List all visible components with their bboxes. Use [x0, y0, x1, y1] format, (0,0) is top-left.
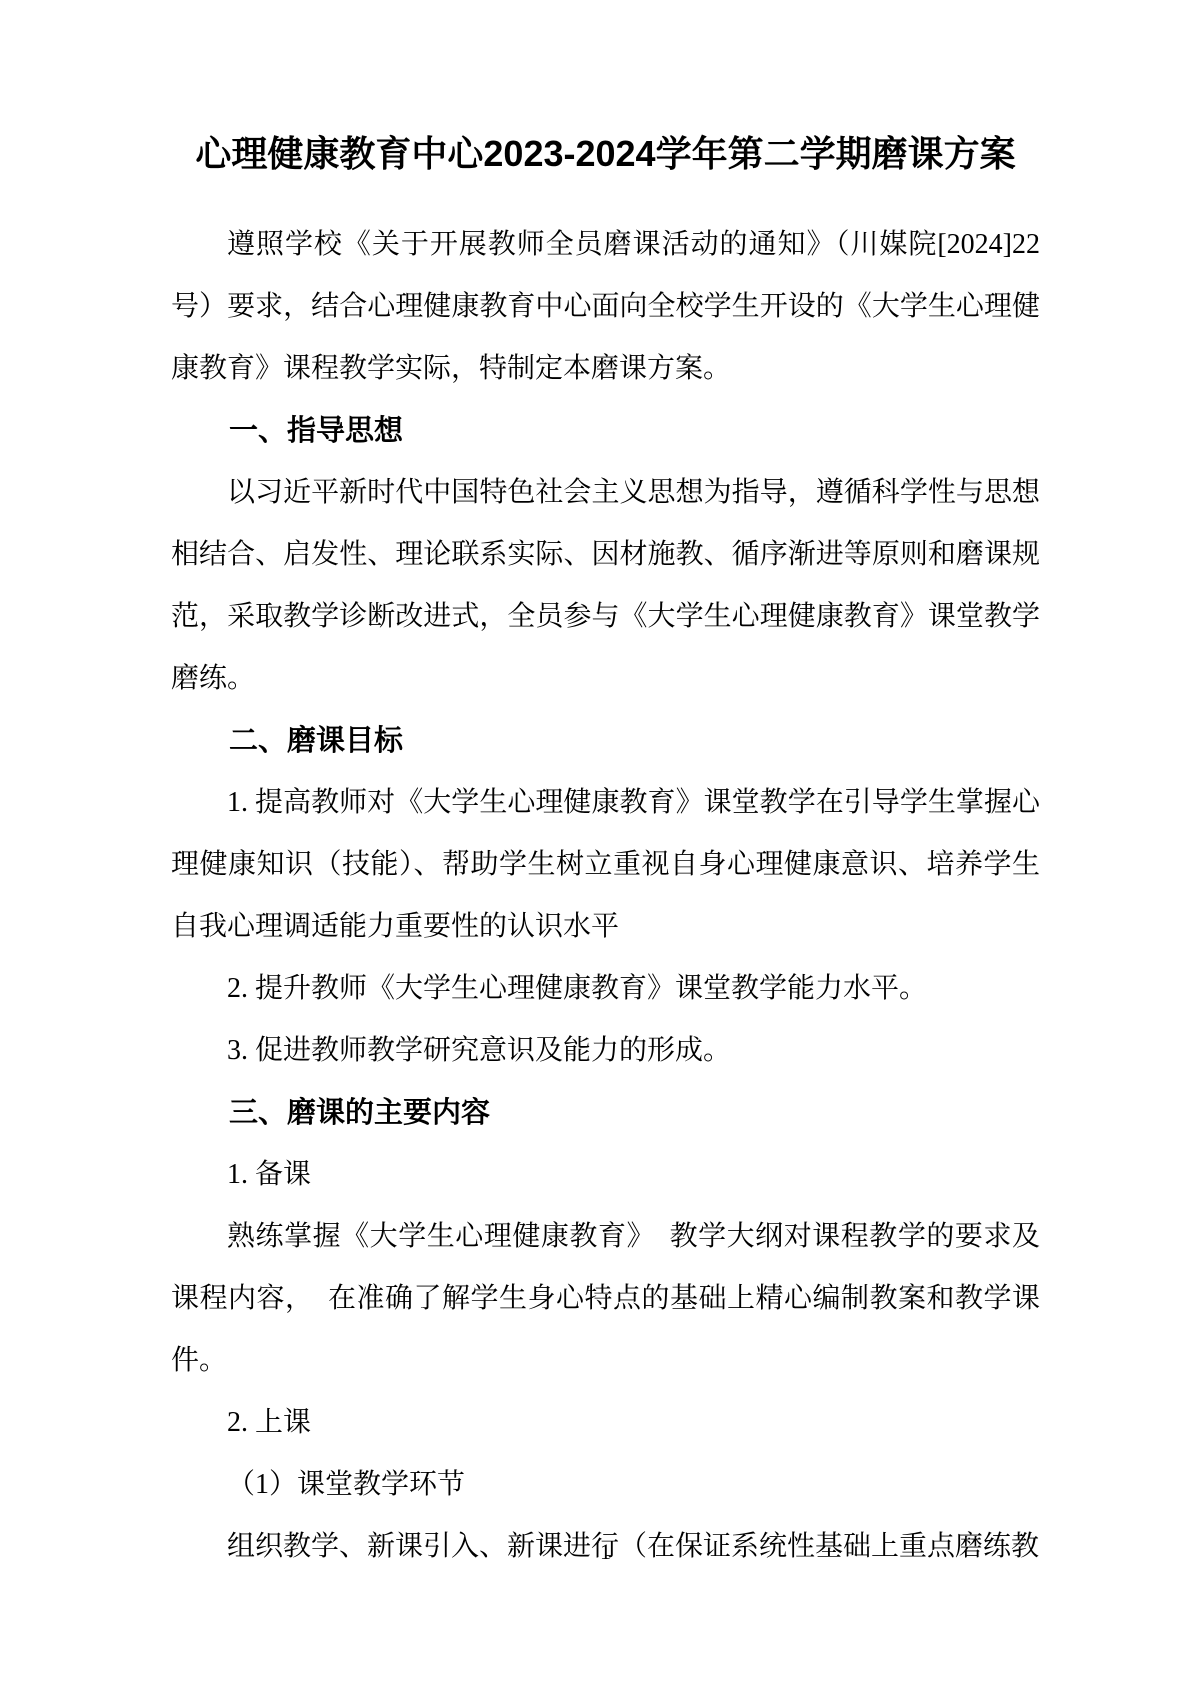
paragraph-intro: 遵照学校《关于开展教师全员磨课活动的通知》（川媒院[2024]22号）要求，结合…	[171, 214, 1040, 400]
document-title: 心理健康教育中心2023-2024学年第二学期磨课方案	[171, 132, 1040, 176]
document-page: 心理健康教育中心2023-2024学年第二学期磨课方案 遵照学校《关于开展教师全…	[0, 0, 1191, 1684]
paragraph-item-prepare: 1. 备课	[171, 1144, 1040, 1206]
page-number: 1	[171, 1538, 1040, 1566]
paragraph-goal-3: 3. 促进教师教学研究意识及能力的形成。	[171, 1020, 1040, 1082]
paragraph-goal-1: 1. 提高教师对《大学生心理健康教育》课堂教学在引导学生掌握心理健康知识（技能）…	[171, 772, 1040, 958]
document-body: 遵照学校《关于开展教师全员磨课活动的通知》（川媒院[2024]22号）要求，结合…	[171, 214, 1040, 1578]
paragraph-item-teach: 2. 上课	[171, 1392, 1040, 1454]
section-heading-2: 二、磨课目标	[171, 710, 1040, 772]
paragraph-goal-2: 2. 提升教师《大学生心理健康教育》课堂教学能力水平。	[171, 958, 1040, 1020]
section-heading-3: 三、磨课的主要内容	[171, 1082, 1040, 1144]
paragraph-prepare-detail: 熟练掌握《大学生心理健康教育》 教学大纲对课程教学的要求及课程内容， 在准确了解…	[171, 1206, 1040, 1392]
section-heading-1: 一、指导思想	[171, 400, 1040, 462]
paragraph-teach-step-1: （1）课堂教学环节	[171, 1454, 1040, 1516]
paragraph-guiding-ideology: 以习近平新时代中国特色社会主义思想为指导，遵循科学性与思想相结合、启发性、理论联…	[171, 462, 1040, 710]
